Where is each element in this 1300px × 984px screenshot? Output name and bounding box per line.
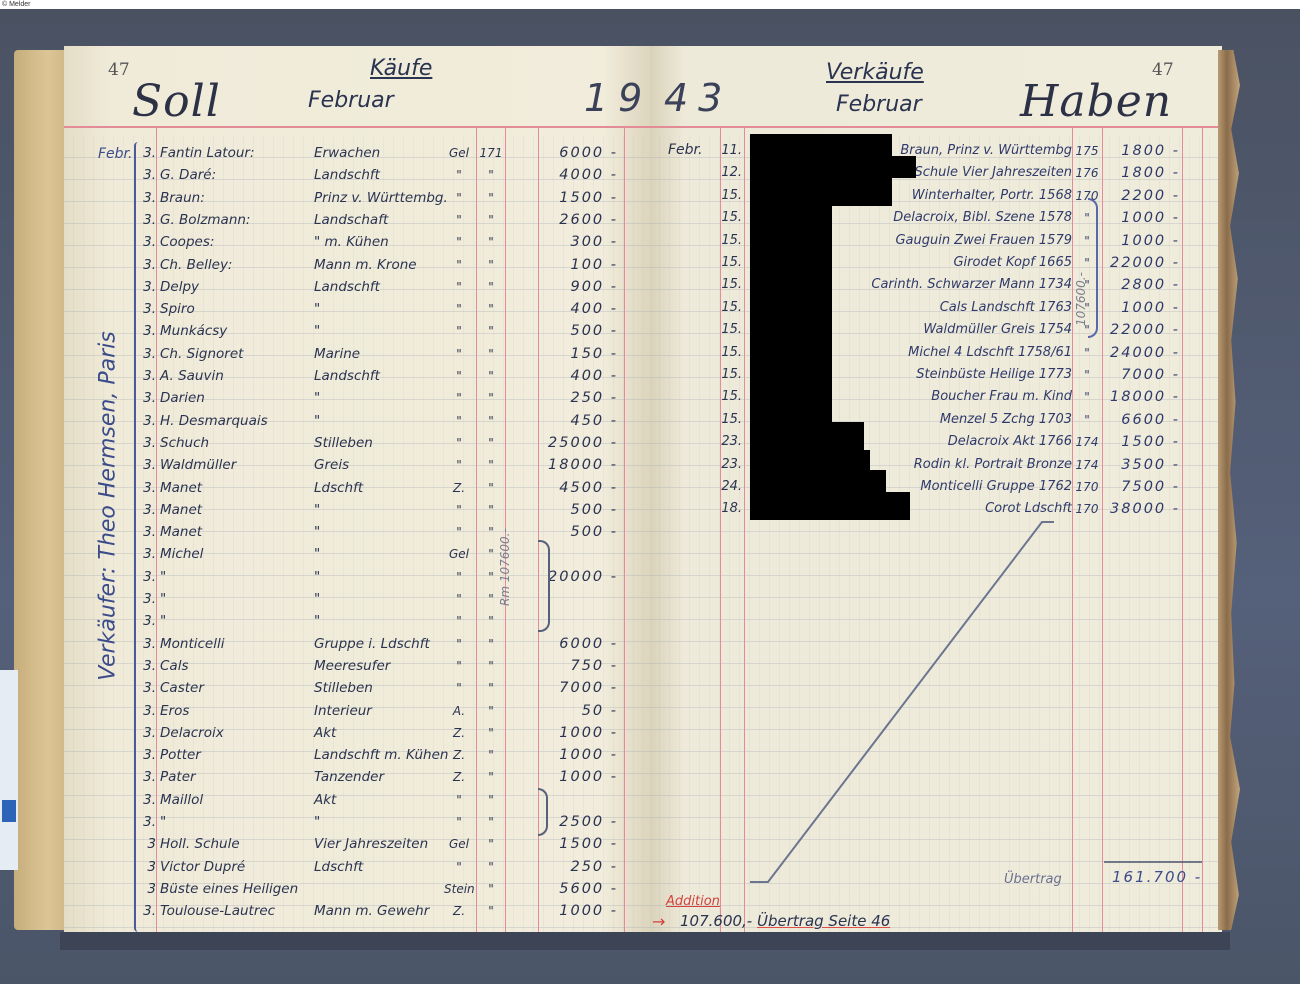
- entry-technique: ": [444, 164, 474, 186]
- entry-amount: 250 -: [546, 387, 618, 409]
- table-row: 3.CalsMeeresufer""750 -: [64, 655, 650, 677]
- entry-folio: ": [476, 209, 506, 231]
- table-row: 3.PaterTanzenderZ."1000 -: [64, 766, 650, 788]
- entry-folio: ": [476, 387, 506, 409]
- entry-technique: Z.: [444, 722, 474, 744]
- table-row: 3.G. Bolzmann:Landschaft""2600 -: [64, 209, 650, 231]
- table-row: 3.ErosInterieurA."50 -: [64, 700, 650, 722]
- entry-amount: 1000 -: [546, 900, 618, 922]
- entry-folio: ": [476, 231, 506, 253]
- entry-day: 3.: [142, 900, 156, 922]
- photo-credit: © Melder: [2, 0, 31, 9]
- table-row: 3.Manet"""500 -: [64, 499, 650, 521]
- book-bottom-edge: [60, 932, 1230, 950]
- entry-day: 3.: [142, 343, 156, 365]
- entry-amount: 900 -: [546, 276, 618, 298]
- entry-artist: Cals: [160, 655, 188, 677]
- entry-day: 3.: [142, 610, 156, 632]
- entry-amount: 18000 -: [546, 454, 618, 476]
- entry-folio: ": [476, 320, 506, 342]
- entry-artist: Darien: [160, 387, 205, 409]
- entry-day: 3.: [142, 811, 156, 833]
- table-row: 3.DelacroixAktZ."1000 -: [64, 722, 650, 744]
- entry-day: 3.: [142, 700, 156, 722]
- section-heading: Käufe: [370, 56, 432, 81]
- entry-technique: A.: [444, 700, 474, 722]
- entry-subject: ": [314, 320, 320, 342]
- entry-subject: Meeresufer: [314, 655, 390, 677]
- entry-folio: ": [476, 343, 506, 365]
- entry-technique: ": [444, 677, 474, 699]
- entry-technique: ": [444, 343, 474, 365]
- entry-folio: ": [476, 878, 506, 900]
- amount-brace: [538, 788, 548, 836]
- entry-artist: Coopes:: [160, 231, 214, 253]
- entry-folio: ": [476, 655, 506, 677]
- entry-day: 3.: [142, 677, 156, 699]
- entry-day: 3.: [142, 164, 156, 186]
- entry-artist: G. Bolzmann:: [160, 209, 251, 231]
- entry-folio: ": [476, 432, 506, 454]
- table-row: 3Victor DupréLdschft""250 -: [64, 856, 650, 878]
- entry-day: 3.: [142, 410, 156, 432]
- entry-amount: 1000 -: [546, 744, 618, 766]
- entry-day: 3.: [142, 276, 156, 298]
- entry-day: 3.: [142, 789, 156, 811]
- entry-technique: Gel: [444, 543, 474, 565]
- entry-technique: ": [444, 432, 474, 454]
- table-row: 3.MonticelliGruppe i. Ldschft""6000 -: [64, 633, 650, 655]
- entry-technique: Z.: [444, 744, 474, 766]
- entry-artist: Michel: [160, 543, 203, 565]
- entry-amount: 400 -: [546, 365, 618, 387]
- entry-folio: ": [476, 766, 506, 788]
- entry-amount: 500 -: [546, 499, 618, 521]
- entry-subject: ": [314, 588, 320, 610]
- entry-artist: Braun:: [160, 187, 205, 209]
- entry-technique: ": [444, 209, 474, 231]
- table-row: 3.Michel"Gel": [64, 543, 650, 565]
- entry-artist: Pater: [160, 766, 196, 788]
- entry-artist: A. Sauvin: [160, 365, 224, 387]
- entry-artist: Manet: [160, 499, 202, 521]
- carryover-label: Übertrag: [1004, 872, 1062, 887]
- entry-day: 3.: [142, 320, 156, 342]
- entry-artist: ": [160, 566, 166, 588]
- entry-subject: Ldschft: [314, 477, 363, 499]
- table-row: 3.Darien"""250 -: [64, 387, 650, 409]
- entry-artist: ": [160, 610, 166, 632]
- entry-artist: Büste eines Heiligen: [160, 878, 298, 900]
- entry-artist: Munkácsy: [160, 320, 227, 342]
- entry-technique: ": [444, 633, 474, 655]
- entry-technique: Gel: [444, 833, 474, 855]
- entry-amount: 25000 -: [546, 432, 618, 454]
- entry-technique: ": [444, 254, 474, 276]
- entry-day: 3.: [142, 187, 156, 209]
- entry-folio: 171: [476, 142, 506, 164]
- entry-subject: Landschft: [314, 365, 380, 387]
- entry-folio: ": [476, 454, 506, 476]
- table-row: 3."""": [64, 588, 650, 610]
- entry-technique: ": [444, 365, 474, 387]
- entry-amount: 20000 -: [546, 566, 618, 588]
- entry-day: 3.: [142, 387, 156, 409]
- ledger-cover: [14, 50, 70, 930]
- entry-day: 3.: [142, 298, 156, 320]
- entry-folio: ": [476, 856, 506, 878]
- entry-artist: Manet: [160, 477, 202, 499]
- table-row: 3.A. SauvinLandschft""400 -: [64, 365, 650, 387]
- table-row: 3.Toulouse-LautrecMann m. GewehrZ."1000 …: [64, 900, 650, 922]
- entry-technique: ": [444, 320, 474, 342]
- entry-subject: Mann m. Gewehr: [314, 900, 429, 922]
- table-row: 3.DelpyLandschft""900 -: [64, 276, 650, 298]
- entry-folio: ": [476, 744, 506, 766]
- entry-artist: Ch. Belley:: [160, 254, 232, 276]
- entry-artist: Maillol: [160, 789, 203, 811]
- table-row: 3.Spiro"""400 -: [64, 298, 650, 320]
- entry-day: 3: [142, 856, 156, 878]
- entry-subject: Landschft m. Kühen: [314, 744, 448, 766]
- entry-subject: ": [314, 521, 320, 543]
- entry-technique: ": [444, 499, 474, 521]
- entry-technique: ": [444, 410, 474, 432]
- entry-day: 3.: [142, 722, 156, 744]
- entry-day: 3.: [142, 209, 156, 231]
- entry-day: 3.: [142, 254, 156, 276]
- entry-day: 3.: [142, 543, 156, 565]
- entry-folio: ": [476, 164, 506, 186]
- entry-amount: 1000 -: [546, 766, 618, 788]
- entry-day: 3.: [142, 633, 156, 655]
- entry-artist: Waldmüller: [160, 454, 236, 476]
- entry-day: 3.: [142, 499, 156, 521]
- entry-technique: ": [444, 454, 474, 476]
- entry-subject: Erwachen: [314, 142, 380, 164]
- entry-day: 3.: [142, 655, 156, 677]
- entry-artist: Manet: [160, 521, 202, 543]
- table-row: 3.Manet"""500 -: [64, 521, 650, 543]
- entry-day: 3.: [142, 477, 156, 499]
- entry-day: 3: [142, 878, 156, 900]
- month-heading: Februar: [308, 88, 394, 113]
- entry-subject: ": [314, 387, 320, 409]
- entry-technique: Z.: [444, 766, 474, 788]
- entry-amount: 750 -: [546, 655, 618, 677]
- entry-amount: 7000 -: [546, 677, 618, 699]
- entry-amount: 1000 -: [546, 722, 618, 744]
- entry-folio: ": [476, 610, 506, 632]
- entry-amount: 6000 -: [546, 142, 618, 164]
- entry-technique: ": [444, 811, 474, 833]
- entry-technique: ": [444, 231, 474, 253]
- entry-artist: Delpy: [160, 276, 199, 298]
- entry-technique: ": [444, 588, 474, 610]
- entry-technique: ": [444, 655, 474, 677]
- entry-technique: Z.: [444, 477, 474, 499]
- entry-subject: Akt: [314, 789, 336, 811]
- entry-folio: ": [476, 298, 506, 320]
- entry-technique: ": [444, 789, 474, 811]
- entry-day: 3.: [142, 566, 156, 588]
- entry-day: 3.: [142, 454, 156, 476]
- table-row: 3.Ch. SignoretMarine""150 -: [64, 343, 650, 365]
- entry-technique: ": [444, 566, 474, 588]
- amount-brace: [538, 540, 550, 632]
- entry-folio: ": [476, 900, 506, 922]
- entry-day: 3.: [142, 231, 156, 253]
- table-row: 3.Ch. Belley:Mann m. Krone""100 -: [64, 254, 650, 276]
- entry-artist: Holl. Schule: [160, 833, 240, 855]
- entry-amount: 5600 -: [546, 878, 618, 900]
- entry-subject: Mann m. Krone: [314, 254, 417, 276]
- entry-artist: Delacroix: [160, 722, 224, 744]
- entry-amount: 2600 -: [546, 209, 618, 231]
- entry-artist: Eros: [160, 700, 189, 722]
- entry-amount: 1500 -: [546, 833, 618, 855]
- entry-subject: ": [314, 499, 320, 521]
- entry-subject: Marine: [314, 343, 360, 365]
- transfer-note: Übertrag Seite 46: [757, 912, 890, 930]
- entry-subject: Akt: [314, 722, 336, 744]
- entry-technique: ": [444, 187, 474, 209]
- entry-subject: Stilleben: [314, 677, 373, 699]
- entry-folio: ": [476, 700, 506, 722]
- entry-subject: " m. Kühen: [314, 231, 389, 253]
- entry-subject: ": [314, 410, 320, 432]
- entry-day: 3.: [142, 432, 156, 454]
- table-row: 3.MaillolAkt"": [64, 789, 650, 811]
- entry-artist: ": [160, 811, 166, 833]
- entry-subject: Landschft: [314, 276, 380, 298]
- entry-technique: ": [444, 856, 474, 878]
- entry-folio: ": [476, 187, 506, 209]
- entry-subject: Greis: [314, 454, 349, 476]
- entry-folio: ": [476, 722, 506, 744]
- entry-amount: 500 -: [546, 521, 618, 543]
- table-row: 3.""""20000 -: [64, 566, 650, 588]
- entry-folio: ": [476, 499, 506, 521]
- table-row: 3Büste eines HeiligenStein"5600 -: [64, 878, 650, 900]
- entry-amount: 450 -: [546, 410, 618, 432]
- entry-subject: Gruppe i. Ldschft: [314, 633, 430, 655]
- table-row: 3.Munkácsy"""500 -: [64, 320, 650, 342]
- page-number: 47: [108, 60, 130, 80]
- entry-subject: Landschft: [314, 164, 380, 186]
- entry-amount: 4000 -: [546, 164, 618, 186]
- entry-amount: 6000 -: [546, 633, 618, 655]
- table-row: 3.WaldmüllerGreis""18000 -: [64, 454, 650, 476]
- entry-technique: ": [444, 387, 474, 409]
- entry-folio: ": [476, 365, 506, 387]
- entry-subject: ": [314, 543, 320, 565]
- entry-technique: ": [444, 276, 474, 298]
- cancellation-line: [650, 46, 1222, 934]
- entry-day: 3.: [142, 744, 156, 766]
- table-row: 3.Coopes:" m. Kühen""300 -: [64, 231, 650, 253]
- entry-amount: 100 -: [546, 254, 618, 276]
- entry-technique: ": [444, 610, 474, 632]
- entry-day: 3.: [142, 142, 156, 164]
- addition-note: Addition: [666, 894, 720, 909]
- entry-subject: ": [314, 298, 320, 320]
- table-row: 3.Braun:Prinz v. Württembg.""1500 -: [64, 187, 650, 209]
- entry-artist: Ch. Signoret: [160, 343, 243, 365]
- entry-amount: 50 -: [546, 700, 618, 722]
- entry-day: 3: [142, 833, 156, 855]
- transfer-line: 107.600,- Übertrag Seite 46: [680, 912, 890, 930]
- entry-folio: ": [476, 811, 506, 833]
- entry-subject: Landschaft: [314, 209, 388, 231]
- entry-subject: Vier Jahreszeiten: [314, 833, 428, 855]
- entry-artist: Toulouse-Lautrec: [160, 900, 275, 922]
- entry-amount: 1500 -: [546, 187, 618, 209]
- entry-folio: ": [476, 633, 506, 655]
- side-label-sticker: [0, 670, 18, 870]
- entry-subject: ": [314, 610, 320, 632]
- entry-folio: ": [476, 833, 506, 855]
- entry-subject: ": [314, 811, 320, 833]
- entry-subject: ": [314, 566, 320, 588]
- entry-folio: ": [476, 677, 506, 699]
- entry-technique: Z.: [444, 900, 474, 922]
- carryover-amount: 161.700 -: [1112, 868, 1202, 886]
- entry-subject: Interieur: [314, 700, 372, 722]
- arrow-icon: →: [652, 912, 665, 931]
- table-row: 3."""": [64, 610, 650, 632]
- table-row: 3.H. Desmarquais"""450 -: [64, 410, 650, 432]
- entry-day: 3.: [142, 766, 156, 788]
- entry-folio: ": [476, 254, 506, 276]
- entry-folio: ": [476, 410, 506, 432]
- entry-amount: 250 -: [546, 856, 618, 878]
- entry-artist: Caster: [160, 677, 204, 699]
- bracket-total-note: Rm 107600.-: [498, 528, 512, 606]
- table-row: 3.Fantin Latour:ErwachenGel1716000 -: [64, 142, 650, 164]
- entry-amount: 400 -: [546, 298, 618, 320]
- entry-subject: Stilleben: [314, 432, 373, 454]
- entry-amount: 150 -: [546, 343, 618, 365]
- entry-day: 3.: [142, 521, 156, 543]
- entry-folio: ": [476, 276, 506, 298]
- entry-artist: Spiro: [160, 298, 195, 320]
- entry-artist: Monticelli: [160, 633, 225, 655]
- entry-amount: 500 -: [546, 320, 618, 342]
- entry-day: 3.: [142, 588, 156, 610]
- table-row: 3.""""2500 -: [64, 811, 650, 833]
- entry-artist: Fantin Latour:: [160, 142, 255, 164]
- table-row: 3.SchuchStilleben""25000 -: [64, 432, 650, 454]
- entry-subject: Ldschft: [314, 856, 363, 878]
- ledger-page-right: 43 Verkäufe Februar Haben 47 Febr. 11.Br…: [650, 46, 1222, 934]
- entry-subject: Prinz v. Württembg.: [314, 187, 448, 209]
- page-side-title: Soll: [132, 76, 221, 127]
- entry-amount: 300 -: [546, 231, 618, 253]
- entry-day: 3.: [142, 365, 156, 387]
- entry-amount: 2500 -: [546, 811, 618, 833]
- entry-subject: Tanzender: [314, 766, 384, 788]
- ledger-page-left: 47 Soll Käufe Februar 19 Febr. Verkäufer…: [64, 46, 650, 934]
- table-row: 3.ManetLdschftZ."4500 -: [64, 477, 650, 499]
- entry-artist: H. Desmarquais: [160, 410, 268, 432]
- entry-amount: 4500 -: [546, 477, 618, 499]
- table-row: 3.CasterStilleben""7000 -: [64, 677, 650, 699]
- table-row: 3.G. Daré:Landschft""4000 -: [64, 164, 650, 186]
- entry-artist: Schuch: [160, 432, 209, 454]
- entry-folio: ": [476, 477, 506, 499]
- entry-folio: ": [476, 789, 506, 811]
- entry-artist: G. Daré:: [160, 164, 216, 186]
- entry-artist: Potter: [160, 744, 201, 766]
- year-first-half: 19: [584, 76, 650, 120]
- entry-artist: Victor Dupré: [160, 856, 245, 878]
- addition-total: 107.600,-: [680, 912, 752, 930]
- table-row: 3.PotterLandschft m. KühenZ."1000 -: [64, 744, 650, 766]
- entry-technique: ": [444, 298, 474, 320]
- entry-technique: Gel: [444, 142, 474, 164]
- table-row: 3Holl. SchuleVier JahreszeitenGel"1500 -: [64, 833, 650, 855]
- entry-technique: Stein: [444, 878, 474, 900]
- entry-artist: ": [160, 588, 166, 610]
- entry-technique: ": [444, 521, 474, 543]
